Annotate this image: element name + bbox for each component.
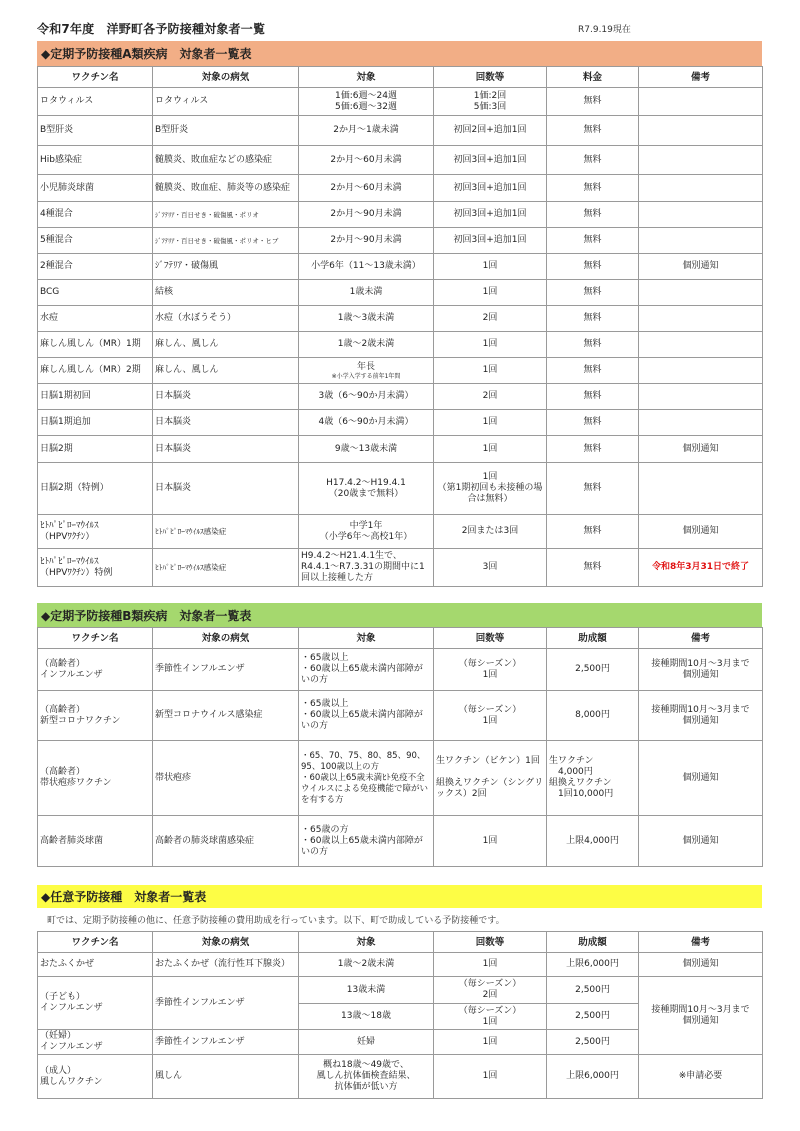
disease-cell: 髄膜炎、敗血症、肺炎等の感染症 bbox=[153, 175, 299, 202]
section-b-heading: ◆定期予防接種B類疾病 対象者一覧表 bbox=[37, 603, 762, 627]
section-b-table: ワクチン名 対象の病気 対象 回数等 助成額 備考 （高齢者） インフルエンザ … bbox=[37, 627, 763, 867]
target-main: 年長 bbox=[357, 362, 375, 372]
table-row: 4種混合 ｼﾞﾌﾃﾘｱ・百日せき・破傷風・ポリオ 2か月～90月未満 初回3回+… bbox=[38, 202, 763, 228]
fee-cell: 無料 bbox=[547, 202, 639, 228]
vaccine-cell: 5種混合 bbox=[38, 228, 153, 254]
fee-cell: 無料 bbox=[547, 88, 639, 116]
subsidy-cell: 生ワクチン 4,000円 組換えワクチン 1回10,000円 bbox=[547, 741, 639, 816]
target-cell: 9歳～13歳未満 bbox=[299, 436, 434, 463]
disease-cell: ﾋﾄﾊﾟﾋﾟﾛｰﾏｳｲﾙｽ感染症 bbox=[153, 549, 299, 587]
vaccine-cell: 日脳1期初回 bbox=[38, 384, 153, 410]
disease-cell: 季節性インフルエンザ bbox=[153, 977, 299, 1030]
vaccine-cell: （妊婦） インフルエンザ bbox=[38, 1030, 153, 1055]
disease-cell: ロタウィルス bbox=[153, 88, 299, 116]
table-row: （子ども） インフルエンザ 季節性インフルエンザ 13歳未満 （毎シーズン） 2… bbox=[38, 977, 763, 1004]
table-header-row: ワクチン名 対象の病気 対象 回数等 助成額 備考 bbox=[38, 932, 763, 953]
vaccine-cell: B型肝炎 bbox=[38, 116, 153, 146]
table-row: 2種混合 ｼﾞﾌﾃﾘｱ・破傷風 小学6年（11～13歳未満） 1回 無料 個別通… bbox=[38, 254, 763, 280]
note-cell: 個別通知 bbox=[639, 741, 763, 816]
table-row: 高齢者肺炎球菌 高齢者の肺炎球菌感染症 ・65歳の方 ・60歳以上65歳未満内部… bbox=[38, 816, 763, 867]
column-header-vaccine: ワクチン名 bbox=[38, 67, 153, 88]
vaccine-cell: 水痘 bbox=[38, 306, 153, 332]
disease-cell: おたふくかぜ（流行性耳下腺炎） bbox=[153, 953, 299, 977]
table-row: （高齢者） 帯状疱疹ワクチン 帯状疱疹 ・65、70、75、80、85、90、9… bbox=[38, 741, 763, 816]
table-row: BCG 結核 1歳未満 1回 無料 bbox=[38, 280, 763, 306]
page-title: 令和7年度 洋野町各予防接種対象者一覧 bbox=[37, 20, 265, 37]
vaccine-cell: （高齢者） インフルエンザ bbox=[38, 649, 153, 691]
column-header-subsidy: 助成額 bbox=[547, 932, 639, 953]
target-cell: 1歳～2歳未満 bbox=[299, 332, 434, 358]
subsidy-cell: 8,000円 bbox=[547, 691, 639, 741]
disease-cell: 新型コロナウイルス感染症 bbox=[153, 691, 299, 741]
target-footnote: ※小学入学する前年1年間 bbox=[301, 373, 431, 380]
column-header-note: 備考 bbox=[639, 67, 763, 88]
section-a-heading: ◆定期予防接種A類疾病 対象者一覧表 bbox=[37, 41, 762, 66]
vaccine-cell: （高齢者） 帯状疱疹ワクチン bbox=[38, 741, 153, 816]
doses-cell: 初回3回+追加1回 bbox=[434, 146, 547, 175]
doses-cell: 1回 bbox=[434, 358, 547, 384]
target-cell: 3歳（6～90か月未満） bbox=[299, 384, 434, 410]
doses-cell: 1回 bbox=[434, 254, 547, 280]
target-cell: 13歳～18歳 bbox=[299, 1004, 434, 1030]
doses-cell: 2回 bbox=[434, 384, 547, 410]
disease-cell: 日本脳炎 bbox=[153, 436, 299, 463]
note-cell: 個別通知 bbox=[639, 953, 763, 977]
fee-cell: 無料 bbox=[547, 280, 639, 306]
disease-cell: 帯状疱疹 bbox=[153, 741, 299, 816]
target-cell: 13歳未満 bbox=[299, 977, 434, 1004]
doses-cell: 1価:2回 5価:3回 bbox=[434, 88, 547, 116]
table-row: 麻しん風しん（MR）2期 麻しん、風しん 年長※小学入学する前年1年間 1回 無… bbox=[38, 358, 763, 384]
column-header-disease: 対象の病気 bbox=[153, 67, 299, 88]
disease-cell: 日本脳炎 bbox=[153, 410, 299, 436]
fee-cell: 無料 bbox=[547, 254, 639, 280]
subsidy-cell: 2,500円 bbox=[547, 649, 639, 691]
vaccine-cell: 高齢者肺炎球菌 bbox=[38, 816, 153, 867]
target-cell: 1価:6週～24週 5価:6週～32週 bbox=[299, 88, 434, 116]
section-c-table: ワクチン名 対象の病気 対象 回数等 助成額 備考 おたふくかぜ おたふくかぜ（… bbox=[37, 931, 763, 1099]
vaccine-cell: 麻しん風しん（MR）1期 bbox=[38, 332, 153, 358]
target-cell: 4歳（6～90か月未満） bbox=[299, 410, 434, 436]
note-cell: 個別通知 bbox=[639, 816, 763, 867]
vaccine-cell: 日脳2期 bbox=[38, 436, 153, 463]
note-cell bbox=[639, 228, 763, 254]
table-row: 5種混合 ｼﾞﾌﾃﾘｱ・百日せき・破傷風・ポリオ・ヒブ 2か月～90月未満 初回… bbox=[38, 228, 763, 254]
column-header-vaccine: ワクチン名 bbox=[38, 932, 153, 953]
target-cell: ・65歳の方 ・60歳以上65歳未満内部障がいの方 bbox=[299, 816, 434, 867]
vaccine-cell: 小児肺炎球菌 bbox=[38, 175, 153, 202]
doses-cell: （毎シーズン） 1回 bbox=[434, 1004, 547, 1030]
column-header-target: 対象 bbox=[299, 67, 434, 88]
vaccine-cell: （子ども） インフルエンザ bbox=[38, 977, 153, 1030]
subsidy-cell: 上限6,000円 bbox=[547, 953, 639, 977]
fee-cell: 無料 bbox=[547, 515, 639, 549]
doses-cell: （毎シーズン） 1回 bbox=[434, 649, 547, 691]
target-cell: 妊婦 bbox=[299, 1030, 434, 1055]
disease-cell: 麻しん、風しん bbox=[153, 358, 299, 384]
fee-cell: 無料 bbox=[547, 175, 639, 202]
fee-cell: 無料 bbox=[547, 549, 639, 587]
vaccine-cell: Hib感染症 bbox=[38, 146, 153, 175]
disease-cell: 髄膜炎、敗血症などの感染症 bbox=[153, 146, 299, 175]
target-cell: H17.4.2～H19.4.1 （20歳まで無料） bbox=[299, 463, 434, 515]
disease-cell: 風しん bbox=[153, 1055, 299, 1099]
doses-cell: 1回 bbox=[434, 816, 547, 867]
section-c-heading: ◆任意予防接種 対象者一覧表 bbox=[37, 885, 762, 908]
column-header-target: 対象 bbox=[299, 932, 434, 953]
note-cell: 接種期間10月～3月まで 個別通知 bbox=[639, 691, 763, 741]
subsidy-cell: 2,500円 bbox=[547, 977, 639, 1004]
table-row: （成人） 風しんワクチン 風しん 概ね18歳～49歳で、 風しん抗体価検査結果、… bbox=[38, 1055, 763, 1099]
vaccine-cell: 日脳1期追加 bbox=[38, 410, 153, 436]
table-row: （高齢者） インフルエンザ 季節性インフルエンザ ・65歳以上 ・60歳以上65… bbox=[38, 649, 763, 691]
column-header-note: 備考 bbox=[639, 932, 763, 953]
note-cell bbox=[639, 384, 763, 410]
fee-cell: 無料 bbox=[547, 436, 639, 463]
table-row: 麻しん風しん（MR）1期 麻しん、風しん 1歳～2歳未満 1回 無料 bbox=[38, 332, 763, 358]
vaccine-cell: 麻しん風しん（MR）2期 bbox=[38, 358, 153, 384]
disease-cell: 日本脳炎 bbox=[153, 384, 299, 410]
note-cell bbox=[639, 358, 763, 384]
target-cell: ・65、70、75、80、85、90、95、100歳以上の方 ・60歳以上65歳… bbox=[299, 741, 434, 816]
note-cell-merged: 接種期間10月～3月まで 個別通知 bbox=[639, 977, 763, 1055]
vaccine-cell: （高齢者） 新型コロナワクチン bbox=[38, 691, 153, 741]
disease-cell: ﾋﾄﾊﾟﾋﾟﾛｰﾏｳｲﾙｽ感染症 bbox=[153, 515, 299, 549]
vaccine-cell: （成人） 風しんワクチン bbox=[38, 1055, 153, 1099]
vaccine-cell: BCG bbox=[38, 280, 153, 306]
disease-cell: B型肝炎 bbox=[153, 116, 299, 146]
target-cell: 1歳～3歳未満 bbox=[299, 306, 434, 332]
disease-cell: ｼﾞﾌﾃﾘｱ・百日せき・破傷風・ポリオ bbox=[153, 202, 299, 228]
doses-cell: （毎シーズン） 2回 bbox=[434, 977, 547, 1004]
note-cell bbox=[639, 463, 763, 515]
fee-cell: 無料 bbox=[547, 146, 639, 175]
note-cell bbox=[639, 88, 763, 116]
vaccine-cell: 4種混合 bbox=[38, 202, 153, 228]
doses-cell: （毎シーズン） 1回 bbox=[434, 691, 547, 741]
table-header-row: ワクチン名 対象の病気 対象 回数等 助成額 備考 bbox=[38, 628, 763, 649]
note-cell: 個別通知 bbox=[639, 436, 763, 463]
table-row: 日脳2期 日本脳炎 9歳～13歳未満 1回 無料 個別通知 bbox=[38, 436, 763, 463]
fee-cell: 無料 bbox=[547, 332, 639, 358]
disease-cell: 季節性インフルエンザ bbox=[153, 649, 299, 691]
vaccine-cell: ﾋﾄﾊﾟﾋﾟﾛｰﾏｳｲﾙｽ （HPVﾜｸﾁﾝ） bbox=[38, 515, 153, 549]
note-cell-end-date: 令和8年3月31日で終了 bbox=[639, 549, 763, 587]
doses-cell: 生ワクチン（ビケン）1回 組換えワクチン（シングリックス）2回 bbox=[434, 741, 547, 816]
target-cell: 1歳～2歳未満 bbox=[299, 953, 434, 977]
vaccine-cell: ﾋﾄﾊﾟﾋﾟﾛｰﾏｳｲﾙｽ （HPVﾜｸﾁﾝ）特例 bbox=[38, 549, 153, 587]
note-cell bbox=[639, 332, 763, 358]
note-cell: 個別通知 bbox=[639, 254, 763, 280]
doses-cell: 初回3回+追加1回 bbox=[434, 202, 547, 228]
target-cell: 中学1年 （小学6年～高校1年） bbox=[299, 515, 434, 549]
vaccine-cell: ロタウィルス bbox=[38, 88, 153, 116]
vaccine-cell: おたふくかぜ bbox=[38, 953, 153, 977]
as-of-date: R7.9.19現在 bbox=[578, 22, 631, 35]
section-c-intro: 町では、定期予防接種の他に、任意予防接種の費用助成を行っています。以下、町で助成… bbox=[47, 913, 505, 926]
note-cell bbox=[639, 410, 763, 436]
table-row: B型肝炎 B型肝炎 2か月～1歳未満 初回2回+追加1回 無料 bbox=[38, 116, 763, 146]
column-header-disease: 対象の病気 bbox=[153, 932, 299, 953]
fee-cell: 無料 bbox=[547, 306, 639, 332]
doses-cell: 3回 bbox=[434, 549, 547, 587]
doses-cell: 1回 bbox=[434, 410, 547, 436]
target-cell: 2か月～90月未満 bbox=[299, 202, 434, 228]
doses-cell: 1回 bbox=[434, 1030, 547, 1055]
doses-cell: 1回 bbox=[434, 1055, 547, 1099]
target-cell: 1歳未満 bbox=[299, 280, 434, 306]
table-row: 日脳1期初回 日本脳炎 3歳（6～90か月未満） 2回 無料 bbox=[38, 384, 763, 410]
column-header-doses: 回数等 bbox=[434, 932, 547, 953]
target-cell: H9.4.2～H21.4.1生で、R4.4.1～R7.3.31の期間中に1回以上… bbox=[299, 549, 434, 587]
table-row: 水痘 水痘（水ぼうそう） 1歳～3歳未満 2回 無料 bbox=[38, 306, 763, 332]
note-cell bbox=[639, 280, 763, 306]
note-cell bbox=[639, 116, 763, 146]
fee-cell: 無料 bbox=[547, 463, 639, 515]
table-row: （高齢者） 新型コロナワクチン 新型コロナウイルス感染症 ・65歳以上 ・60歳… bbox=[38, 691, 763, 741]
disease-cell: 日本脳炎 bbox=[153, 463, 299, 515]
doses-cell: 初回3回+追加1回 bbox=[434, 175, 547, 202]
subsidy-cell: 上限4,000円 bbox=[547, 816, 639, 867]
table-row: ﾋﾄﾊﾟﾋﾟﾛｰﾏｳｲﾙｽ （HPVﾜｸﾁﾝ） ﾋﾄﾊﾟﾋﾟﾛｰﾏｳｲﾙｽ感染症… bbox=[38, 515, 763, 549]
subsidy-cell: 2,500円 bbox=[547, 1030, 639, 1055]
doses-cell: 1回 bbox=[434, 332, 547, 358]
note-cell: ※申請必要 bbox=[639, 1055, 763, 1099]
note-cell bbox=[639, 202, 763, 228]
disease-cell: ｼﾞﾌﾃﾘｱ・破傷風 bbox=[153, 254, 299, 280]
fee-cell: 無料 bbox=[547, 410, 639, 436]
fee-cell: 無料 bbox=[547, 384, 639, 410]
column-header-subsidy: 助成額 bbox=[547, 628, 639, 649]
note-cell bbox=[639, 146, 763, 175]
fee-cell: 無料 bbox=[547, 228, 639, 254]
column-header-doses: 回数等 bbox=[434, 628, 547, 649]
doses-cell: 1回 bbox=[434, 280, 547, 306]
doses-cell: 1回 （第1期初回も未接種の場合は無料） bbox=[434, 463, 547, 515]
disease-cell: 結核 bbox=[153, 280, 299, 306]
table-row: 小児肺炎球菌 髄膜炎、敗血症、肺炎等の感染症 2か月～60月未満 初回3回+追加… bbox=[38, 175, 763, 202]
note-cell: 接種期間10月～3月まで 個別通知 bbox=[639, 649, 763, 691]
table-row: 日脳2期（特例） 日本脳炎 H17.4.2～H19.4.1 （20歳まで無料） … bbox=[38, 463, 763, 515]
table-row: 日脳1期追加 日本脳炎 4歳（6～90か月未満） 1回 無料 bbox=[38, 410, 763, 436]
column-header-doses: 回数等 bbox=[434, 67, 547, 88]
note-cell bbox=[639, 306, 763, 332]
target-cell: 概ね18歳～49歳で、 風しん抗体価検査結果、 抗体価が低い方 bbox=[299, 1055, 434, 1099]
disease-cell: 水痘（水ぼうそう） bbox=[153, 306, 299, 332]
doses-cell: 1回 bbox=[434, 953, 547, 977]
target-cell: 2か月～90月未満 bbox=[299, 228, 434, 254]
table-row: おたふくかぜ おたふくかぜ（流行性耳下腺炎） 1歳～2歳未満 1回 上限6,00… bbox=[38, 953, 763, 977]
target-cell: ・65歳以上 ・60歳以上65歳未満内部障がいの方 bbox=[299, 691, 434, 741]
disease-cell: 麻しん、風しん bbox=[153, 332, 299, 358]
target-cell: 2か月～1歳未満 bbox=[299, 116, 434, 146]
table-row: ﾋﾄﾊﾟﾋﾟﾛｰﾏｳｲﾙｽ （HPVﾜｸﾁﾝ）特例 ﾋﾄﾊﾟﾋﾟﾛｰﾏｳｲﾙｽ感… bbox=[38, 549, 763, 587]
column-header-disease: 対象の病気 bbox=[153, 628, 299, 649]
disease-cell: 高齢者の肺炎球菌感染症 bbox=[153, 816, 299, 867]
disease-cell: ｼﾞﾌﾃﾘｱ・百日せき・破傷風・ポリオ・ヒブ bbox=[153, 228, 299, 254]
subsidy-cell: 2,500円 bbox=[547, 1004, 639, 1030]
section-a-table: ワクチン名 対象の病気 対象 回数等 料金 備考 ロタウィルス ロタウィルス 1… bbox=[37, 66, 763, 587]
target-cell: 2か月～60月未満 bbox=[299, 175, 434, 202]
target-cell: 2か月～60月未満 bbox=[299, 146, 434, 175]
note-cell bbox=[639, 175, 763, 202]
vaccine-cell: 2種混合 bbox=[38, 254, 153, 280]
doses-cell: 初回3回+追加1回 bbox=[434, 228, 547, 254]
doses-cell: 2回 bbox=[434, 306, 547, 332]
subsidy-cell: 上限6,000円 bbox=[547, 1055, 639, 1099]
note-cell: 個別通知 bbox=[639, 515, 763, 549]
target-cell: ・65歳以上 ・60歳以上65歳未満内部障がいの方 bbox=[299, 649, 434, 691]
doses-cell: 初回2回+追加1回 bbox=[434, 116, 547, 146]
vaccine-cell: 日脳2期（特例） bbox=[38, 463, 153, 515]
table-row: ロタウィルス ロタウィルス 1価:6週～24週 5価:6週～32週 1価:2回 … bbox=[38, 88, 763, 116]
fee-cell: 無料 bbox=[547, 116, 639, 146]
column-header-fee: 料金 bbox=[547, 67, 639, 88]
doses-cell: 1回 bbox=[434, 436, 547, 463]
column-header-note: 備考 bbox=[639, 628, 763, 649]
table-row: Hib感染症 髄膜炎、敗血症などの感染症 2か月～60月未満 初回3回+追加1回… bbox=[38, 146, 763, 175]
table-header-row: ワクチン名 対象の病気 対象 回数等 料金 備考 bbox=[38, 67, 763, 88]
target-cell: 年長※小学入学する前年1年間 bbox=[299, 358, 434, 384]
fee-cell: 無料 bbox=[547, 358, 639, 384]
doses-cell: 2回または3回 bbox=[434, 515, 547, 549]
column-header-target: 対象 bbox=[299, 628, 434, 649]
target-cell: 小学6年（11～13歳未満） bbox=[299, 254, 434, 280]
disease-cell: 季節性インフルエンザ bbox=[153, 1030, 299, 1055]
column-header-vaccine: ワクチン名 bbox=[38, 628, 153, 649]
